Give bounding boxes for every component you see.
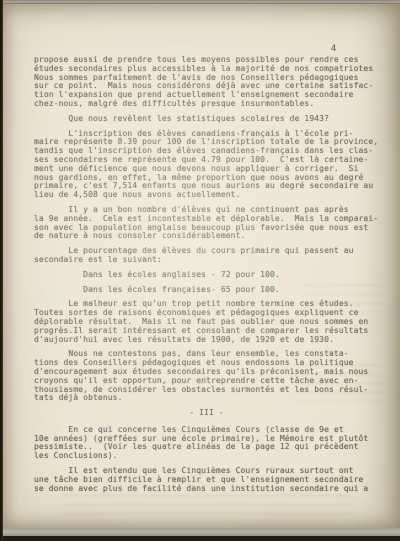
page-number: 4: [331, 44, 336, 54]
paragraph-8: Il est entendu que les Cinquièmes Cours …: [34, 467, 379, 493]
stat-line-french-schools: Dans les écoles françaises- 65 pour 100.: [34, 286, 379, 295]
paragraph-7: En ce qui concerne les Cinquièmes Cours …: [34, 426, 379, 461]
page-text-block: propose aussi de prendre tous les moyens…: [34, 56, 379, 499]
document-page: 4 propose aussi de prendre tous les moye…: [3, 4, 400, 528]
scanned-page-photo: 4 propose aussi de prendre tous les moye…: [0, 0, 400, 541]
paragraph-2: L'inscription des élèves canadiens-franç…: [34, 130, 379, 200]
stat-line-english-schools: Dans les écoles anglaises - 72 pour 100.: [34, 271, 379, 280]
paragraph-5: Le malheur est qu'un trop petit nombre t…: [34, 300, 379, 344]
book-edge-bottom-cover: [0, 536, 400, 541]
paragraph-1: propose aussi de prendre tous les moyens…: [34, 56, 379, 109]
paragraph-6: Nous ne contestons pas, dans leur ensemb…: [34, 350, 379, 403]
paragraph-4: Le pourcentage des élèves du cours prima…: [34, 247, 379, 265]
question-line: Que nous revèlent les statistiques scola…: [34, 115, 379, 124]
section-heading-iii: - III -: [34, 409, 379, 418]
paragraph-3: Il y a un bon nombre d'élèves qui ne con…: [34, 206, 379, 241]
